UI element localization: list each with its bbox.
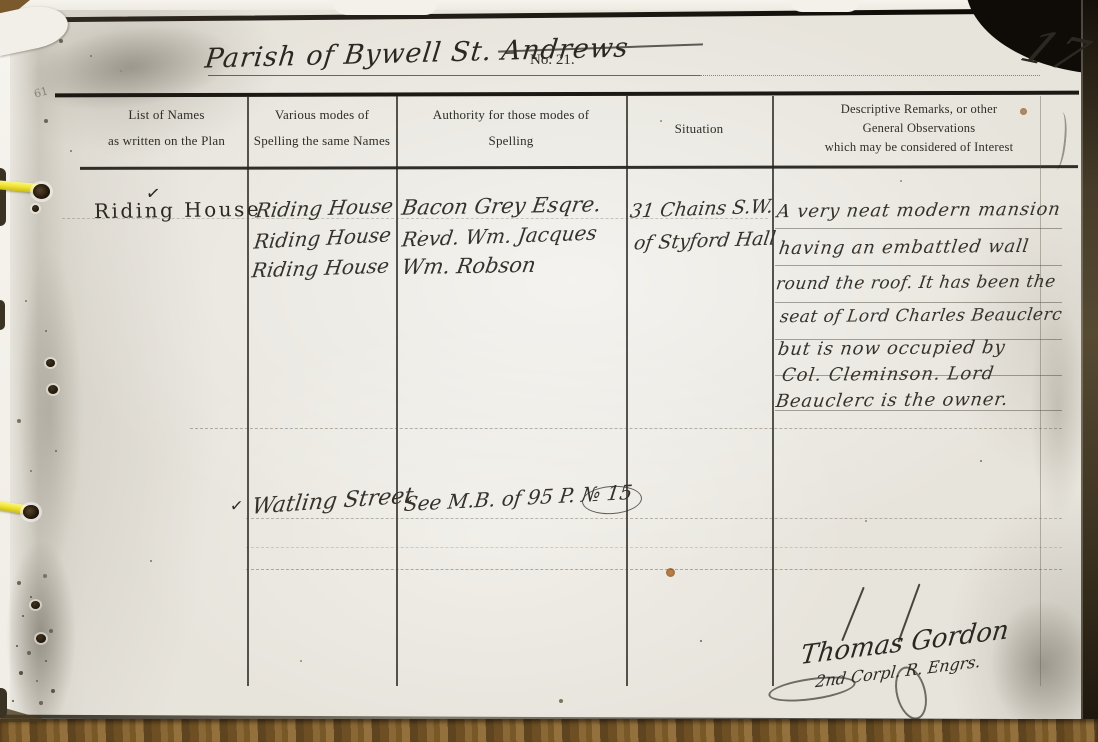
row-rule: [246, 547, 1062, 548]
remarks-line: Col. Cleminson. Lord: [781, 363, 996, 386]
header-line: Spelling: [398, 128, 624, 154]
top-torn-paper: [0, 0, 1098, 10]
punch-hole: [36, 634, 46, 643]
edge-stain: [0, 300, 5, 330]
punch-hole: [33, 184, 50, 199]
header-rule-solid: [208, 75, 700, 76]
header-line: Various modes of: [250, 102, 394, 128]
punch-hole: [31, 601, 40, 609]
punch-hole: [48, 385, 58, 394]
column-header-authority: Authority for those modes of Spelling: [398, 102, 624, 154]
row-rule: [190, 428, 1062, 429]
checkmark-icon: ✓: [229, 495, 244, 515]
header-line: Authority for those modes of: [398, 102, 624, 128]
header-line: as written on the Plan: [85, 128, 248, 154]
authority-line: Bacon Grey Esqre.: [400, 192, 603, 220]
scanned-name-book-page: Parish of Bywell St. Andrews No. 21. 17 …: [0, 0, 1098, 742]
spelling-line: Riding House: [250, 254, 390, 283]
authority-line: Wm. Robson: [400, 253, 537, 279]
column-divider: [247, 96, 249, 686]
header-line: General Observations: [774, 119, 1064, 138]
remarks-writing-line: [775, 265, 1062, 266]
row-rule: [246, 518, 1062, 519]
spelling-line: Riding House: [254, 194, 394, 223]
column-header-spellings: Various modes of Spelling the same Names: [250, 102, 394, 154]
form-number: No. 21.: [530, 52, 575, 69]
smudge-left-mid: [18, 250, 82, 570]
torn-nub: [790, 0, 860, 12]
column-divider: [772, 96, 774, 686]
header-line: Descriptive Remarks, or other: [774, 100, 1064, 119]
row-rule: [246, 569, 1062, 570]
remarks-line: but is now occupied by: [777, 337, 1007, 360]
header-line: which may be considered of Interest: [774, 138, 1064, 157]
remarks-writing-line: [775, 302, 1062, 303]
column-divider: [396, 96, 398, 686]
edge-stain: [0, 168, 6, 226]
column-header-names: List of Names as written on the Plan: [85, 102, 248, 154]
header-line: Spelling the same Names: [250, 128, 394, 154]
remarks-line: A very neat modern mansion: [776, 199, 1062, 222]
column-header-remarks: Descriptive Remarks, or other General Ob…: [774, 100, 1064, 157]
wood-desk-strip: [0, 719, 1098, 742]
remarks-line: round the roof. It has been the: [775, 272, 1057, 294]
header-line: Situation: [628, 116, 770, 142]
header-line: List of Names: [85, 102, 248, 128]
entry-name: Riding House: [94, 197, 261, 223]
punch-hole: [46, 359, 55, 367]
column-header-situation: Situation: [628, 116, 770, 142]
column-divider: [626, 96, 628, 686]
punch-hole: [23, 505, 39, 519]
edge-stain: [0, 688, 7, 718]
remarks-line: seat of Lord Charles Beauclerc: [779, 305, 1064, 327]
remarks-writing-line: [775, 228, 1062, 229]
torn-nub: [332, 0, 437, 15]
column-divider-faint: [1040, 96, 1041, 686]
book-edge-right: [1081, 0, 1098, 742]
header-rule-dotted: [700, 75, 1040, 76]
remarks-line: Beauclerc is the owner.: [775, 389, 1010, 412]
punch-hole: [32, 205, 39, 212]
remarks-line: having an embattled wall: [778, 236, 1031, 259]
